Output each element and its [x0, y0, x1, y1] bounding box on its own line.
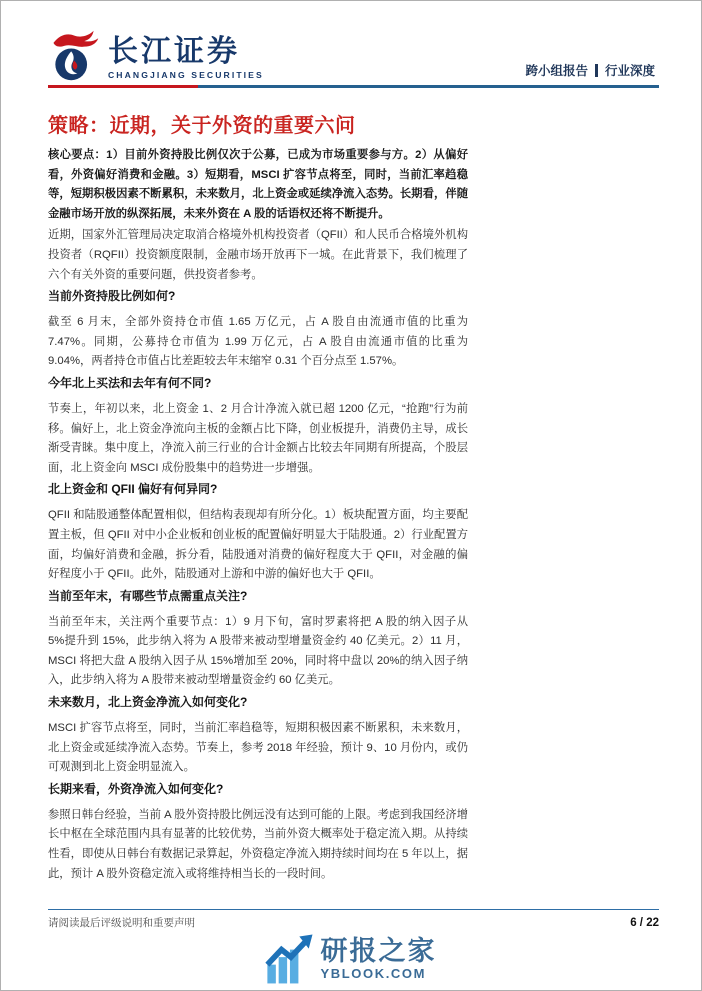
- report-section: 长期来看，外资净流入如何变化? 参照日韩台经验，当前 A 股外资持股比例远没有达…: [48, 780, 468, 884]
- report-section: 北上资金和 QFII 偏好有何异同? QFII 和陆股通整体配置相似，但结构表现…: [48, 480, 468, 584]
- report-type-label: 跨小组报告: [525, 61, 588, 79]
- core-points-paragraph: 核心要点：1）目前外资持股比例仅次于公募，已成为市场重要参与方。2）从偏好看，外…: [48, 146, 468, 224]
- section-heading: 北上资金和 QFII 偏好有何异同?: [48, 480, 468, 499]
- intro-paragraph: 近期，国家外汇管理局决定取消合格境外机构投资者（QFII）和人民币合格境外机构投…: [48, 226, 468, 285]
- section-paragraph: 节奏上，年初以来，北上资金 1、2 月合计净流入就已超 1200 亿元，“抢跑”…: [48, 400, 468, 478]
- header-divider: [595, 64, 598, 77]
- watermark-text: 研报之家 YBLOOK.COM: [321, 937, 437, 981]
- footer-row: 请阅读最后评级说明和重要声明 6 / 22: [48, 915, 659, 930]
- section-paragraph: 参照日韩台经验，当前 A 股外资持股比例远没有达到可能的上限。考虑到我国经济增长…: [48, 806, 468, 884]
- brand-text: 长江证券 CHANGJIANG SECURITIES: [108, 28, 264, 80]
- header-rule: [48, 85, 659, 88]
- section-heading: 当前外资持股比例如何?: [48, 287, 468, 306]
- watermark-site: YBLOOK.COM: [321, 966, 437, 981]
- header-rule-blue-segment: [198, 85, 659, 88]
- section-paragraph: 当前至年末，关注两个重要节点：1）9 月下旬，富时罗素将把 A 股的纳入因子从 …: [48, 613, 468, 691]
- page-title: 策略：近期，关于外资的重要六问: [48, 113, 468, 139]
- watermark: 研报之家 YBLOOK.COM: [266, 934, 437, 984]
- sections-container: 当前外资持股比例如何? 截至 6 月末，全部外资持仓市值 1.65 万亿元，占 …: [48, 287, 468, 884]
- section-heading: 当前至年末，有哪些节点需重点关注?: [48, 587, 468, 606]
- watermark-name: 研报之家: [321, 937, 437, 965]
- report-section: 未来数月，北上资金净流入如何变化? MSCI 扩容节点将至，同时，当前汇率趋稳等…: [48, 693, 468, 778]
- section-heading: 未来数月，北上资金净流入如何变化?: [48, 693, 468, 712]
- brand: 长江证券 CHANGJIANG SECURITIES: [46, 28, 264, 84]
- brand-name-cn: 长江证券: [108, 36, 264, 68]
- report-body: 策略：近期，关于外资的重要六问 核心要点：1）目前外资持股比例仅次于公募，已成为…: [48, 113, 468, 886]
- report-page: 长江证券 CHANGJIANG SECURITIES 跨小组报告 行业深度 策略…: [0, 0, 702, 991]
- section-heading: 长期来看，外资净流入如何变化?: [48, 780, 468, 799]
- changjiang-logo-icon: [46, 28, 102, 84]
- section-paragraph: MSCI 扩容节点将至，同时，当前汇率趋稳等，短期积极因素不断累积，未来数月，北…: [48, 719, 468, 778]
- report-section: 今年北上买法和去年有何不同? 节奏上，年初以来，北上资金 1、2 月合计净流入就…: [48, 374, 468, 478]
- section-heading: 今年北上买法和去年有何不同?: [48, 374, 468, 393]
- section-paragraph: 截至 6 月末，全部外资持仓市值 1.65 万亿元，占 A 股自由流通市值的比重…: [48, 313, 468, 372]
- report-section: 当前外资持股比例如何? 截至 6 月末，全部外资持仓市值 1.65 万亿元，占 …: [48, 287, 468, 372]
- page-number: 6 / 22: [630, 917, 659, 929]
- report-section: 当前至年末，有哪些节点需重点关注? 当前至年末，关注两个重要节点：1）9 月下旬…: [48, 587, 468, 691]
- header-rule-red-segment: [48, 85, 198, 88]
- disclaimer-text: 请阅读最后评级说明和重要声明: [48, 915, 195, 930]
- section-paragraph: QFII 和陆股通整体配置相似，但结构表现却有所分化。1）板块配置方面，均主要配…: [48, 506, 468, 584]
- ybook-chart-icon: [266, 934, 313, 984]
- brand-name-en: CHANGJIANG SECURITIES: [108, 70, 264, 80]
- report-meta: 跨小组报告 行业深度: [525, 61, 655, 79]
- footer-rule: [48, 909, 659, 910]
- report-category-label: 行业深度: [605, 61, 655, 79]
